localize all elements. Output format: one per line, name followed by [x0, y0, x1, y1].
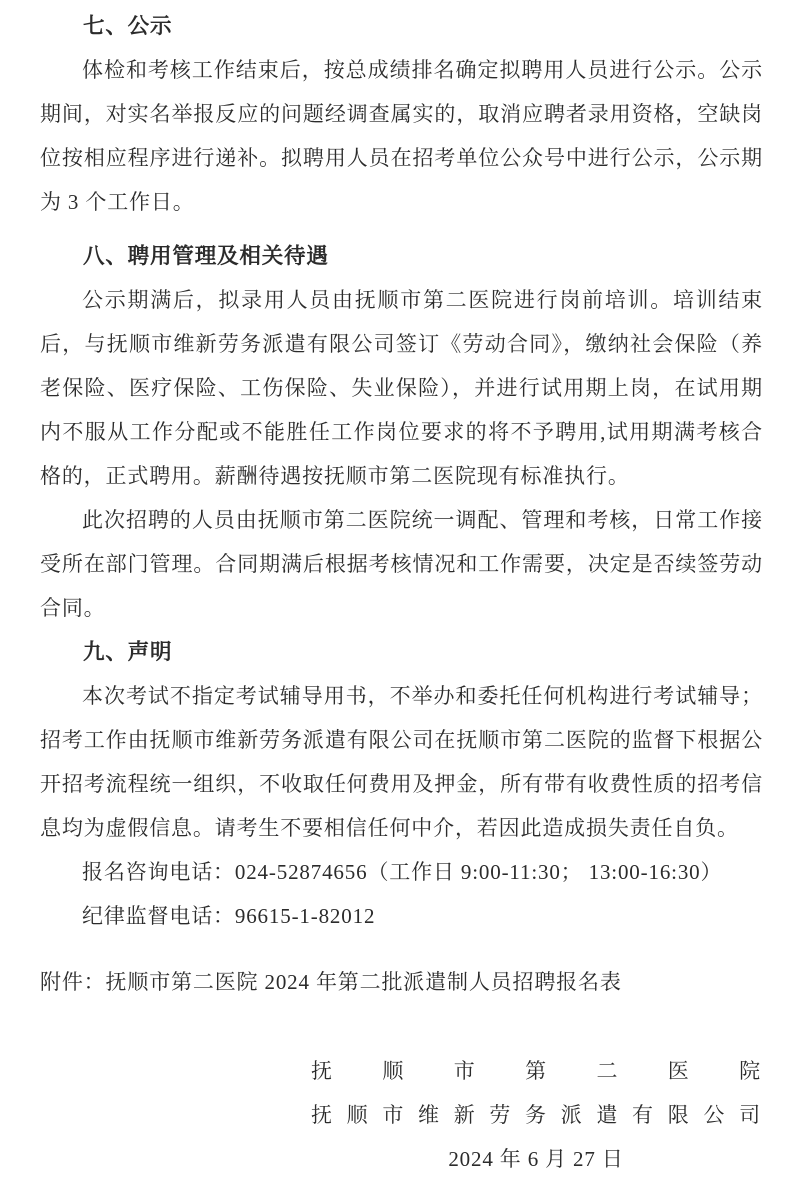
- signature-org-hospital: 抚顺市第二医院: [311, 1049, 761, 1093]
- section-9-paragraph: 本次考试不指定考试辅导用书，不举办和委托任何机构进行考试辅导；招考工作由抚顺市维…: [40, 674, 763, 850]
- section-8-paragraph-2: 此次招聘的人员由抚顺市第二医院统一调配、管理和考核，日常工作接受所在部门管理。合…: [40, 498, 763, 630]
- signature-org-labor-company: 抚顺市维新劳务派遣有限公司: [311, 1093, 761, 1137]
- section-8-heading: 八、聘用管理及相关待遇: [40, 234, 763, 278]
- discipline-supervision-phone-line: 纪律监督电话：96615-1-82012: [40, 894, 763, 938]
- signature-block: 抚顺市第二医院 抚顺市维新劳务派遣有限公司 2024 年 6 月 27 日: [311, 1049, 761, 1181]
- section-9-heading: 九、声明: [40, 630, 763, 674]
- registration-phone-line: 报名咨询电话：024-52874656（工作日 9:00-11:30； 13:0…: [40, 850, 763, 894]
- signature-date: 2024 年 6 月 27 日: [311, 1137, 761, 1181]
- section-8-paragraph-1: 公示期满后，拟录用人员由抚顺市第二医院进行岗前培训。培训结束后，与抚顺市维新劳务…: [40, 278, 763, 498]
- document-page: 七、公示 体检和考核工作结束后，按总成绩排名确定拟聘用人员进行公示。公示期间，对…: [0, 0, 803, 1182]
- section-7-heading: 七、公示: [40, 4, 763, 48]
- attachment-line: 附件：抚顺市第二医院 2024 年第二批派遣制人员招聘报名表: [40, 960, 763, 1004]
- section-7-paragraph: 体检和考核工作结束后，按总成绩排名确定拟聘用人员进行公示。公示期间，对实名举报反…: [40, 48, 763, 224]
